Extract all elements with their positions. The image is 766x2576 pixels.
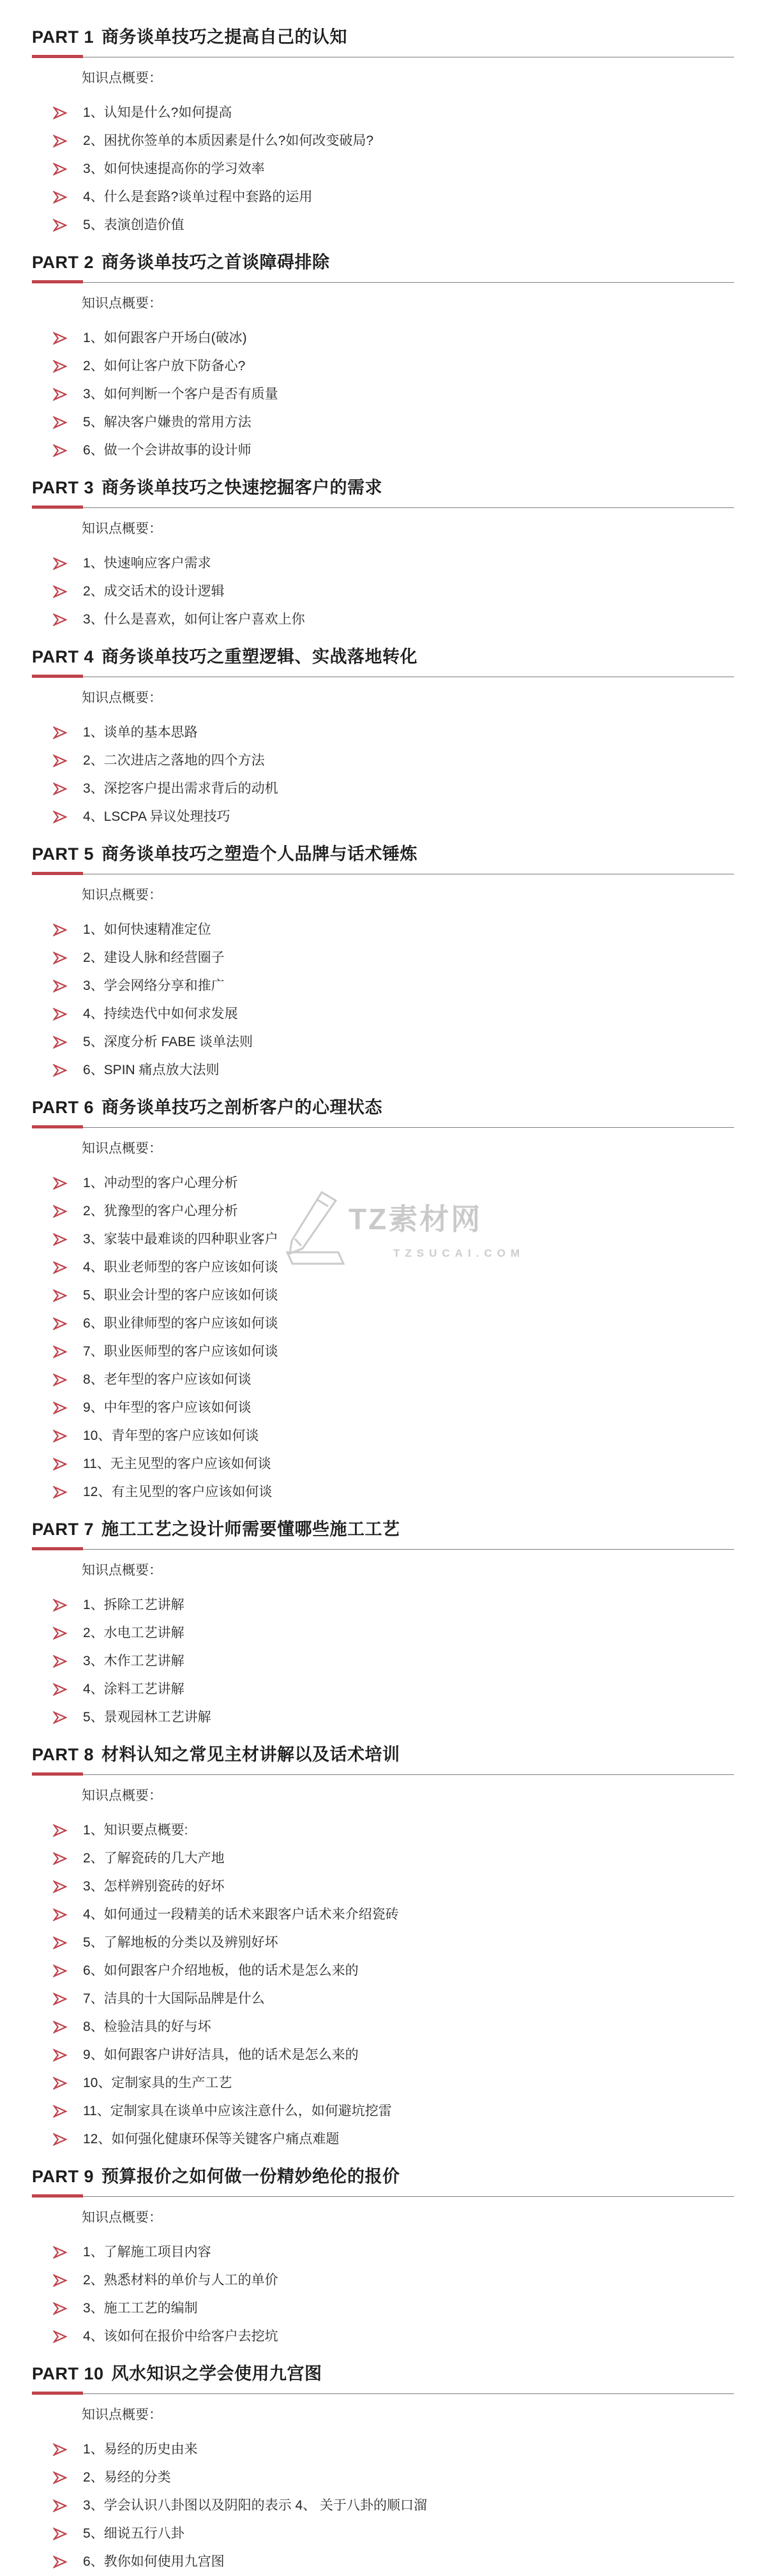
knowledge-point-row: 10、青年型的客户应该如何谈 bbox=[32, 1428, 734, 1444]
knowledge-points-list: 1、如何快速精准定位2、建设人脉和经营圈子3、学会网络分享和推广4、持续迭代中如… bbox=[32, 922, 734, 1078]
arrow-icon bbox=[53, 1683, 67, 1696]
heading-rule bbox=[32, 1125, 734, 1128]
arrow-icon bbox=[53, 1627, 67, 1640]
knowledge-point-text: 12、如何强化健康环保等关键客户痛点难题 bbox=[83, 2132, 339, 2147]
knowledge-point-row: 5、了解地板的分类以及辨别好坏 bbox=[32, 1935, 734, 1951]
knowledge-point-row: 8、检验洁具的好与坏 bbox=[32, 2019, 734, 2035]
knowledge-point-row: 5、解决客户嫌贵的常用方法 bbox=[32, 415, 734, 430]
knowledge-point-row: 5、细说五行八卦 bbox=[32, 2526, 734, 2542]
knowledge-point-row: 6、SPIN 痛点放大法则 bbox=[32, 1063, 734, 1078]
heading-rule-line bbox=[83, 507, 734, 508]
knowledge-point-row: 1、拆除工艺讲解 bbox=[32, 1598, 734, 1613]
arrow-icon bbox=[53, 2471, 67, 2484]
knowledge-point-row: 1、冲动型的客户心理分析 bbox=[32, 1176, 734, 1191]
knowledge-point-text: 3、什么是喜欢，如何让客户喜欢上你 bbox=[83, 612, 305, 627]
heading-rule-line bbox=[83, 2393, 734, 2394]
arrow-icon bbox=[53, 2246, 67, 2259]
knowledge-point-text: 5、了解地板的分类以及辨别好坏 bbox=[83, 1935, 278, 1951]
heading-rule-line bbox=[83, 1127, 734, 1128]
part-label: PART 10 bbox=[32, 2364, 104, 2383]
knowledge-point-row: 2、二次进店之落地的四个方法 bbox=[32, 753, 734, 768]
part-heading: PART 7施工工艺之设计师需要懂哪些施工工艺 bbox=[32, 1518, 734, 1541]
summary-label: 知识点概要： bbox=[82, 521, 734, 537]
arrow-icon bbox=[53, 1430, 67, 1442]
arrow-icon bbox=[53, 1599, 67, 1612]
part-title: 商务谈单技巧之快速挖掘客户的需求 bbox=[101, 478, 382, 497]
knowledge-point-text: 6、教你如何使用九宫图 bbox=[83, 2554, 225, 2570]
arrow-icon bbox=[53, 360, 67, 373]
part-section: PART 3商务谈单技巧之快速挖掘客户的需求知识点概要：1、快速响应客户需求2、… bbox=[32, 476, 734, 627]
arrow-icon bbox=[53, 219, 67, 232]
knowledge-point-row: 10、定制家具的生产工艺 bbox=[32, 2076, 734, 2091]
knowledge-point-text: 1、了解施工项目内容 bbox=[83, 2245, 211, 2260]
knowledge-point-row: 5、表演创造价值 bbox=[32, 218, 734, 233]
arrow-icon bbox=[53, 2443, 67, 2456]
arrow-icon bbox=[53, 332, 67, 345]
knowledge-point-row: 3、如何判断一个客户是否有质量 bbox=[32, 387, 734, 402]
part-label: PART 7 bbox=[32, 1520, 94, 1539]
arrow-icon bbox=[53, 191, 67, 204]
knowledge-point-text: 3、家装中最难谈的四种职业客户 bbox=[83, 1232, 278, 1247]
arrow-icon bbox=[53, 2556, 67, 2568]
knowledge-point-text: 2、二次进店之落地的四个方法 bbox=[83, 753, 265, 768]
knowledge-point-text: 9、中年型的客户应该如何谈 bbox=[83, 1400, 252, 1416]
arrow-icon bbox=[53, 1345, 67, 1358]
course-outline-page: TZ素材网 TZSUCAI.COM PART 1商务谈单技巧之提高自己的认知知识… bbox=[0, 0, 766, 2576]
knowledge-point-text: 2、成交话术的设计逻辑 bbox=[83, 584, 225, 599]
arrow-icon bbox=[53, 1289, 67, 1302]
arrow-icon bbox=[53, 1655, 67, 1668]
summary-label: 知识点概要： bbox=[82, 71, 734, 86]
heading-rule-accent bbox=[32, 872, 83, 875]
part-heading: PART 1商务谈单技巧之提高自己的认知 bbox=[32, 26, 734, 49]
arrow-icon bbox=[53, 388, 67, 401]
knowledge-point-text: 4、涂料工艺讲解 bbox=[83, 1682, 184, 1697]
arrow-icon bbox=[53, 1936, 67, 1949]
knowledge-point-row: 8、老年型的客户应该如何谈 bbox=[32, 1372, 734, 1388]
arrow-icon bbox=[53, 726, 67, 739]
knowledge-point-text: 1、认知是什么?如何提高 bbox=[83, 105, 232, 121]
knowledge-point-row: 4、如何通过一段精美的话术来跟客户话术来介绍瓷砖 bbox=[32, 1907, 734, 1922]
knowledge-point-row: 2、建设人脉和经营圈子 bbox=[32, 950, 734, 966]
knowledge-point-row: 7、洁具的十大国际品牌是什么 bbox=[32, 1991, 734, 2007]
knowledge-point-text: 10、青年型的客户应该如何谈 bbox=[83, 1428, 259, 1444]
part-heading: PART 2商务谈单技巧之首谈障碍排除 bbox=[32, 251, 734, 274]
knowledge-point-text: 4、职业老师型的客户应该如何谈 bbox=[83, 1260, 278, 1275]
part-heading: PART 10风水知识之学会使用九宫图 bbox=[32, 2362, 734, 2385]
part-section: PART 8材料认知之常见主材讲解以及话术培训知识点概要：1、知识要点概要:2、… bbox=[32, 1743, 734, 2147]
arrow-icon bbox=[53, 1852, 67, 1865]
knowledge-point-text: 2、了解瓷砖的几大产地 bbox=[83, 1851, 225, 1866]
knowledge-point-text: 2、犹豫型的客户心理分析 bbox=[83, 1204, 238, 1219]
part-heading: PART 5商务谈单技巧之塑造个人品牌与话术锤炼 bbox=[32, 842, 734, 865]
knowledge-points-list: 1、谈单的基本思路2、二次进店之落地的四个方法3、深挖客户提出需求背后的动机4、… bbox=[32, 725, 734, 825]
heading-rule bbox=[32, 872, 734, 875]
arrow-icon bbox=[53, 2021, 67, 2033]
part-title: 施工工艺之设计师需要懂哪些施工工艺 bbox=[101, 1520, 400, 1539]
knowledge-points-list: 1、易经的历史由来2、易经的分类3、学会认识八卦图以及阴阳的表示 4、 关于八卦… bbox=[32, 2442, 734, 2570]
knowledge-points-list: 1、认知是什么?如何提高2、困扰你签单的本质因素是什么?如何改变破局?3、如何快… bbox=[32, 105, 734, 233]
knowledge-point-row: 3、家装中最难谈的四种职业客户 bbox=[32, 1232, 734, 1247]
knowledge-points-list: 1、了解施工项目内容2、熟悉材料的单价与人工的单价3、施工工艺的编制4、该如何在… bbox=[32, 2245, 734, 2344]
knowledge-point-text: 2、水电工艺讲解 bbox=[83, 1626, 184, 1641]
knowledge-point-row: 6、如何跟客户介绍地板，他的话术是怎么来的 bbox=[32, 1963, 734, 1979]
knowledge-point-text: 2、如何让客户放下防备心? bbox=[83, 359, 245, 374]
knowledge-point-text: 4、该如何在报价中给客户去挖坑 bbox=[83, 2329, 278, 2344]
knowledge-point-text: 1、谈单的基本思路 bbox=[83, 725, 198, 740]
knowledge-point-text: 3、怎样辨别瓷砖的好坏 bbox=[83, 1879, 225, 1894]
arrow-icon bbox=[53, 980, 67, 992]
arrow-icon bbox=[53, 163, 67, 176]
arrow-icon bbox=[53, 1402, 67, 1414]
knowledge-point-row: 2、犹豫型的客户心理分析 bbox=[32, 1204, 734, 1219]
knowledge-point-row: 2、困扰你签单的本质因素是什么?如何改变破局? bbox=[32, 133, 734, 149]
knowledge-point-row: 5、景观园林工艺讲解 bbox=[32, 1710, 734, 1725]
arrow-icon bbox=[53, 1233, 67, 1246]
heading-rule bbox=[32, 2194, 734, 2198]
knowledge-point-text: 8、老年型的客户应该如何谈 bbox=[83, 1372, 252, 1388]
knowledge-point-row: 12、如何强化健康环保等关键客户痛点难题 bbox=[32, 2132, 734, 2147]
arrow-icon bbox=[53, 1824, 67, 1837]
heading-rule bbox=[32, 675, 734, 678]
part-heading: PART 4商务谈单技巧之重塑逻辑、实战落地转化 bbox=[32, 645, 734, 668]
arrow-icon bbox=[53, 1486, 67, 1499]
arrow-icon bbox=[53, 754, 67, 767]
knowledge-point-text: 5、细说五行八卦 bbox=[83, 2526, 184, 2542]
summary-label: 知识点概要： bbox=[82, 1141, 734, 1157]
knowledge-point-text: 3、施工工艺的编制 bbox=[83, 2301, 198, 2316]
knowledge-point-text: 10、定制家具的生产工艺 bbox=[83, 2076, 232, 2091]
arrow-icon bbox=[53, 2274, 67, 2287]
summary-label: 知识点概要： bbox=[82, 296, 734, 311]
knowledge-point-row: 2、水电工艺讲解 bbox=[32, 1626, 734, 1641]
arrow-icon bbox=[53, 1177, 67, 1190]
knowledge-point-text: 2、熟悉材料的单价与人工的单价 bbox=[83, 2273, 278, 2288]
heading-rule-line bbox=[83, 2196, 734, 2197]
arrow-icon bbox=[53, 783, 67, 795]
knowledge-points-list: 1、拆除工艺讲解2、水电工艺讲解3、木作工艺讲解4、涂料工艺讲解5、景观园林工艺… bbox=[32, 1598, 734, 1725]
knowledge-point-row: 3、深挖客户提出需求背后的动机 bbox=[32, 781, 734, 797]
heading-rule bbox=[32, 280, 734, 283]
knowledge-point-text: 8、检验洁具的好与坏 bbox=[83, 2019, 211, 2035]
knowledge-points-list: 1、冲动型的客户心理分析2、犹豫型的客户心理分析3、家装中最难谈的四种职业客户4… bbox=[32, 1176, 734, 1500]
part-label: PART 6 bbox=[32, 1098, 94, 1117]
part-label: PART 9 bbox=[32, 2167, 94, 2186]
arrow-icon bbox=[53, 811, 67, 823]
knowledge-point-row: 9、如何跟客户讲好洁具，他的话术是怎么来的 bbox=[32, 2048, 734, 2063]
knowledge-point-text: 4、如何通过一段精美的话术来跟客户话术来介绍瓷砖 bbox=[83, 1907, 399, 1922]
knowledge-point-row: 3、学会认识八卦图以及阴阳的表示 4、 关于八卦的顺口溜 bbox=[32, 2498, 734, 2513]
knowledge-point-text: 1、易经的历史由来 bbox=[83, 2442, 198, 2457]
arrow-icon bbox=[53, 2302, 67, 2315]
knowledge-point-row: 1、如何跟客户开场白(破冰) bbox=[32, 331, 734, 346]
heading-rule-line bbox=[83, 57, 734, 57]
arrow-icon bbox=[53, 1036, 67, 1049]
arrow-icon bbox=[53, 416, 67, 429]
knowledge-points-list: 1、知识要点概要:2、了解瓷砖的几大产地3、怎样辨别瓷砖的好坏4、如何通过一段精… bbox=[32, 1823, 734, 2147]
knowledge-point-text: 4、LSCPA 异议处理技巧 bbox=[83, 809, 230, 825]
arrow-icon bbox=[53, 1458, 67, 1471]
knowledge-point-text: 3、如何判断一个客户是否有质量 bbox=[83, 387, 278, 402]
knowledge-point-row: 3、什么是喜欢，如何让客户喜欢上你 bbox=[32, 612, 734, 627]
knowledge-point-row: 4、LSCPA 异议处理技巧 bbox=[32, 809, 734, 825]
arrow-icon bbox=[53, 2133, 67, 2146]
arrow-icon bbox=[53, 952, 67, 964]
knowledge-point-text: 4、什么是套路?谈单过程中套路的运用 bbox=[83, 190, 312, 205]
summary-label: 知识点概要： bbox=[82, 888, 734, 903]
part-section: PART 5商务谈单技巧之塑造个人品牌与话术锤炼知识点概要：1、如何快速精准定位… bbox=[32, 842, 734, 1078]
knowledge-point-row: 2、易经的分类 bbox=[32, 2470, 734, 2485]
knowledge-point-text: 5、解决客户嫌贵的常用方法 bbox=[83, 415, 252, 430]
heading-rule-accent bbox=[32, 55, 83, 58]
knowledge-point-text: 6、SPIN 痛点放大法则 bbox=[83, 1063, 220, 1078]
part-label: PART 4 bbox=[32, 647, 94, 666]
knowledge-points-list: 1、如何跟客户开场白(破冰)2、如何让客户放下防备心?3、如何判断一个客户是否有… bbox=[32, 331, 734, 458]
knowledge-point-text: 1、冲动型的客户心理分析 bbox=[83, 1176, 238, 1191]
part-heading: PART 6商务谈单技巧之剖析客户的心理状态 bbox=[32, 1096, 734, 1119]
part-section: PART 10风水知识之学会使用九宫图知识点概要：1、易经的历史由来2、易经的分… bbox=[32, 2362, 734, 2570]
heading-rule-line bbox=[83, 1774, 734, 1775]
knowledge-point-text: 3、学会认识八卦图以及阴阳的表示 4、 关于八卦的顺口溜 bbox=[83, 2498, 427, 2513]
heading-rule-accent bbox=[32, 280, 83, 283]
knowledge-point-text: 5、景观园林工艺讲解 bbox=[83, 1710, 211, 1725]
summary-label: 知识点概要： bbox=[82, 691, 734, 706]
knowledge-point-row: 6、职业律师型的客户应该如何谈 bbox=[32, 1316, 734, 1331]
knowledge-point-text: 3、深挖客户提出需求背后的动机 bbox=[83, 781, 278, 797]
heading-rule-line bbox=[83, 282, 734, 283]
part-section: PART 6商务谈单技巧之剖析客户的心理状态知识点概要：1、冲动型的客户心理分析… bbox=[32, 1096, 734, 1500]
knowledge-point-text: 11、定制家具在谈单中应该注意什么，如何避坑挖雷 bbox=[83, 2104, 392, 2119]
part-heading: PART 8材料认知之常见主材讲解以及话术培训 bbox=[32, 1743, 734, 1766]
part-section: PART 2商务谈单技巧之首谈障碍排除知识点概要：1、如何跟客户开场白(破冰)2… bbox=[32, 251, 734, 458]
part-section: PART 9预算报价之如何做一份精妙绝伦的报价知识点概要：1、了解施工项目内容2… bbox=[32, 2165, 734, 2344]
knowledge-point-text: 1、拆除工艺讲解 bbox=[83, 1598, 184, 1613]
knowledge-point-text: 1、知识要点概要: bbox=[83, 1823, 188, 1838]
knowledge-point-text: 11、无主见型的客户应该如何谈 bbox=[83, 1456, 271, 1472]
part-label: PART 2 bbox=[32, 253, 94, 272]
knowledge-point-row: 4、该如何在报价中给客户去挖坑 bbox=[32, 2329, 734, 2344]
knowledge-point-row: 5、深度分析 FABE 谈单法则 bbox=[32, 1035, 734, 1050]
arrow-icon bbox=[53, 1965, 67, 1977]
arrow-icon bbox=[53, 1064, 67, 1077]
arrow-icon bbox=[53, 1908, 67, 1921]
summary-label: 知识点概要： bbox=[82, 1563, 734, 1578]
heading-rule-line bbox=[83, 874, 734, 874]
part-title: 商务谈单技巧之首谈障碍排除 bbox=[101, 253, 330, 272]
knowledge-point-row: 12、有主见型的客户应该如何谈 bbox=[32, 1485, 734, 1500]
arrow-icon bbox=[53, 135, 67, 147]
knowledge-point-row: 1、快速响应客户需求 bbox=[32, 556, 734, 571]
heading-rule-accent bbox=[32, 505, 83, 509]
arrow-icon bbox=[53, 1205, 67, 1218]
knowledge-point-row: 5、职业会计型的客户应该如何谈 bbox=[32, 1288, 734, 1303]
arrow-icon bbox=[53, 107, 67, 119]
summary-label: 知识点概要： bbox=[82, 2408, 734, 2423]
knowledge-points-list: 1、快速响应客户需求2、成交话术的设计逻辑3、什么是喜欢，如何让客户喜欢上你 bbox=[32, 556, 734, 627]
heading-rule-accent bbox=[32, 2392, 83, 2395]
knowledge-point-text: 2、建设人脉和经营圈子 bbox=[83, 950, 225, 966]
heading-rule-accent bbox=[32, 1772, 83, 1776]
knowledge-point-text: 3、如何快速提高你的学习效率 bbox=[83, 161, 265, 177]
heading-rule-line bbox=[83, 677, 734, 677]
heading-rule bbox=[32, 2392, 734, 2395]
knowledge-point-text: 2、易经的分类 bbox=[83, 2470, 171, 2485]
part-section: PART 1商务谈单技巧之提高自己的认知知识点概要：1、认知是什么?如何提高2、… bbox=[32, 26, 734, 233]
part-title: 预算报价之如何做一份精妙绝伦的报价 bbox=[101, 2167, 400, 2186]
arrow-icon bbox=[53, 2499, 67, 2512]
knowledge-point-row: 7、职业医师型的客户应该如何谈 bbox=[32, 1344, 734, 1359]
arrow-icon bbox=[53, 1880, 67, 1893]
knowledge-point-text: 5、深度分析 FABE 谈单法则 bbox=[83, 1035, 253, 1050]
knowledge-point-text: 6、职业律师型的客户应该如何谈 bbox=[83, 1316, 278, 1331]
knowledge-point-row: 4、涂料工艺讲解 bbox=[32, 1682, 734, 1697]
arrow-icon bbox=[53, 2527, 67, 2540]
arrow-icon bbox=[53, 924, 67, 936]
knowledge-point-row: 2、如何让客户放下防备心? bbox=[32, 359, 734, 374]
knowledge-point-row: 3、木作工艺讲解 bbox=[32, 1654, 734, 1669]
arrow-icon bbox=[53, 2049, 67, 2062]
heading-rule-accent bbox=[32, 675, 83, 678]
part-section: PART 4商务谈单技巧之重塑逻辑、实战落地转化知识点概要：1、谈单的基本思路2… bbox=[32, 645, 734, 825]
arrow-icon bbox=[53, 1261, 67, 1274]
arrow-icon bbox=[53, 2330, 67, 2343]
knowledge-point-row: 2、成交话术的设计逻辑 bbox=[32, 584, 734, 599]
part-heading: PART 3商务谈单技巧之快速挖掘客户的需求 bbox=[32, 476, 734, 499]
knowledge-point-row: 2、熟悉材料的单价与人工的单价 bbox=[32, 2273, 734, 2288]
summary-label: 知识点概要： bbox=[82, 2210, 734, 2226]
part-label: PART 3 bbox=[32, 478, 94, 497]
knowledge-point-text: 4、持续迭代中如何求发展 bbox=[83, 1007, 238, 1022]
knowledge-point-row: 11、无主见型的客户应该如何谈 bbox=[32, 1456, 734, 1472]
knowledge-point-text: 7、职业医师型的客户应该如何谈 bbox=[83, 1344, 278, 1359]
arrow-icon bbox=[53, 2105, 67, 2118]
part-title: 商务谈单技巧之重塑逻辑、实战落地转化 bbox=[101, 647, 417, 666]
knowledge-point-row: 6、做一个会讲故事的设计师 bbox=[32, 443, 734, 458]
part-label: PART 5 bbox=[32, 844, 94, 864]
knowledge-point-row: 1、谈单的基本思路 bbox=[32, 725, 734, 740]
knowledge-point-row: 4、持续迭代中如何求发展 bbox=[32, 1007, 734, 1022]
knowledge-point-row: 6、教你如何使用九宫图 bbox=[32, 2554, 734, 2570]
knowledge-point-row: 3、施工工艺的编制 bbox=[32, 2301, 734, 2316]
arrow-icon bbox=[53, 2077, 67, 2090]
knowledge-point-text: 6、做一个会讲故事的设计师 bbox=[83, 443, 252, 458]
summary-label: 知识点概要： bbox=[82, 1788, 734, 1804]
knowledge-point-text: 1、如何跟客户开场白(破冰) bbox=[83, 331, 247, 346]
knowledge-point-text: 3、学会网络分享和推广 bbox=[83, 978, 225, 994]
part-section: PART 7施工工艺之设计师需要懂哪些施工工艺知识点概要：1、拆除工艺讲解2、水… bbox=[32, 1518, 734, 1725]
knowledge-point-text: 5、表演创造价值 bbox=[83, 218, 184, 233]
part-title: 材料认知之常见主材讲解以及话术培训 bbox=[101, 1745, 400, 1764]
sections-container: PART 1商务谈单技巧之提高自己的认知知识点概要：1、认知是什么?如何提高2、… bbox=[32, 26, 734, 2570]
part-label: PART 1 bbox=[32, 27, 94, 47]
arrow-icon bbox=[53, 1711, 67, 1724]
knowledge-point-row: 4、什么是套路?谈单过程中套路的运用 bbox=[32, 190, 734, 205]
knowledge-point-text: 1、快速响应客户需求 bbox=[83, 556, 211, 571]
heading-rule-accent bbox=[32, 1547, 83, 1550]
part-title: 商务谈单技巧之塑造个人品牌与话术锤炼 bbox=[101, 844, 417, 864]
knowledge-point-text: 7、洁具的十大国际品牌是什么 bbox=[83, 1991, 265, 2007]
knowledge-point-text: 3、木作工艺讲解 bbox=[83, 1654, 184, 1669]
knowledge-point-text: 6、如何跟客户介绍地板，他的话术是怎么来的 bbox=[83, 1963, 359, 1979]
arrow-icon bbox=[53, 444, 67, 457]
arrow-icon bbox=[53, 585, 67, 598]
knowledge-point-row: 2、了解瓷砖的几大产地 bbox=[32, 1851, 734, 1866]
knowledge-point-row: 11、定制家具在谈单中应该注意什么，如何避坑挖雷 bbox=[32, 2104, 734, 2119]
knowledge-point-row: 1、如何快速精准定位 bbox=[32, 922, 734, 938]
arrow-icon bbox=[53, 1374, 67, 1386]
knowledge-point-row: 4、职业老师型的客户应该如何谈 bbox=[32, 1260, 734, 1275]
arrow-icon bbox=[53, 557, 67, 570]
arrow-icon bbox=[53, 1317, 67, 1330]
knowledge-point-row: 1、易经的历史由来 bbox=[32, 2442, 734, 2457]
part-title: 商务谈单技巧之剖析客户的心理状态 bbox=[101, 1098, 382, 1117]
heading-rule-accent bbox=[32, 1125, 83, 1128]
knowledge-point-text: 5、职业会计型的客户应该如何谈 bbox=[83, 1288, 278, 1303]
heading-rule bbox=[32, 505, 734, 509]
part-label: PART 8 bbox=[32, 1745, 94, 1764]
arrow-icon bbox=[53, 613, 67, 626]
part-heading: PART 9预算报价之如何做一份精妙绝伦的报价 bbox=[32, 2165, 734, 2188]
heading-rule-line bbox=[83, 1549, 734, 1550]
part-title: 风水知识之学会使用九宫图 bbox=[112, 2364, 322, 2383]
knowledge-point-text: 12、有主见型的客户应该如何谈 bbox=[83, 1485, 272, 1500]
knowledge-point-row: 3、如何快速提高你的学习效率 bbox=[32, 161, 734, 177]
knowledge-point-row: 1、知识要点概要: bbox=[32, 1823, 734, 1838]
arrow-icon bbox=[53, 1993, 67, 2005]
arrow-icon bbox=[53, 1008, 67, 1021]
knowledge-point-row: 1、了解施工项目内容 bbox=[32, 2245, 734, 2260]
part-title: 商务谈单技巧之提高自己的认知 bbox=[101, 27, 347, 47]
heading-rule-accent bbox=[32, 2194, 83, 2198]
knowledge-point-text: 2、困扰你签单的本质因素是什么?如何改变破局? bbox=[83, 133, 373, 149]
knowledge-point-row: 3、学会网络分享和推广 bbox=[32, 978, 734, 994]
heading-rule bbox=[32, 1547, 734, 1550]
knowledge-point-row: 9、中年型的客户应该如何谈 bbox=[32, 1400, 734, 1416]
knowledge-point-row: 1、认知是什么?如何提高 bbox=[32, 105, 734, 121]
knowledge-point-text: 1、如何快速精准定位 bbox=[83, 922, 211, 938]
heading-rule bbox=[32, 1772, 734, 1776]
knowledge-point-text: 9、如何跟客户讲好洁具，他的话术是怎么来的 bbox=[83, 2048, 359, 2063]
heading-rule bbox=[32, 55, 734, 58]
knowledge-point-row: 3、怎样辨别瓷砖的好坏 bbox=[32, 1879, 734, 1894]
